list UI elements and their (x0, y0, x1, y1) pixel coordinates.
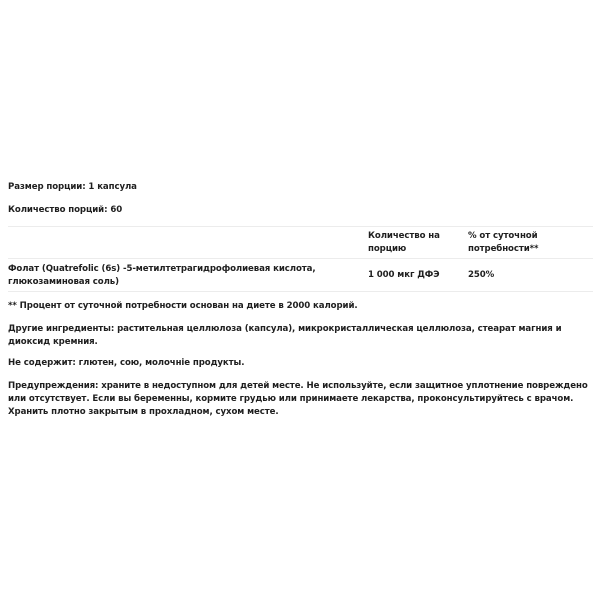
ingredient-amount: 1 000 мкг ДФЭ (368, 269, 439, 282)
other-ingredients: Другие ингредиенты: растительная целлюло… (8, 323, 593, 349)
ingredient-daily-value: 250% (468, 269, 494, 282)
table-top-divider (8, 226, 593, 227)
table-bottom-divider (8, 291, 593, 292)
serving-size: Размер порции: 1 капсула (8, 181, 137, 194)
warnings: Предупреждения: храните в недоступном дл… (8, 380, 593, 419)
ingredient-name: Фолат (Quatrefolic (6s) -5-метилтетрагид… (8, 263, 338, 289)
column-header-amount: Количество на порцию (368, 230, 458, 256)
daily-value-footnote: ** Процент от суточной потребности основ… (8, 300, 358, 313)
allergen-free-statement: Не содержит: глютен, сою, молочніе проду… (8, 357, 244, 370)
column-header-daily-value: % от суточной потребности** (468, 230, 578, 256)
table-header-divider (8, 258, 593, 259)
servings-count: Количество порций: 60 (8, 204, 122, 217)
